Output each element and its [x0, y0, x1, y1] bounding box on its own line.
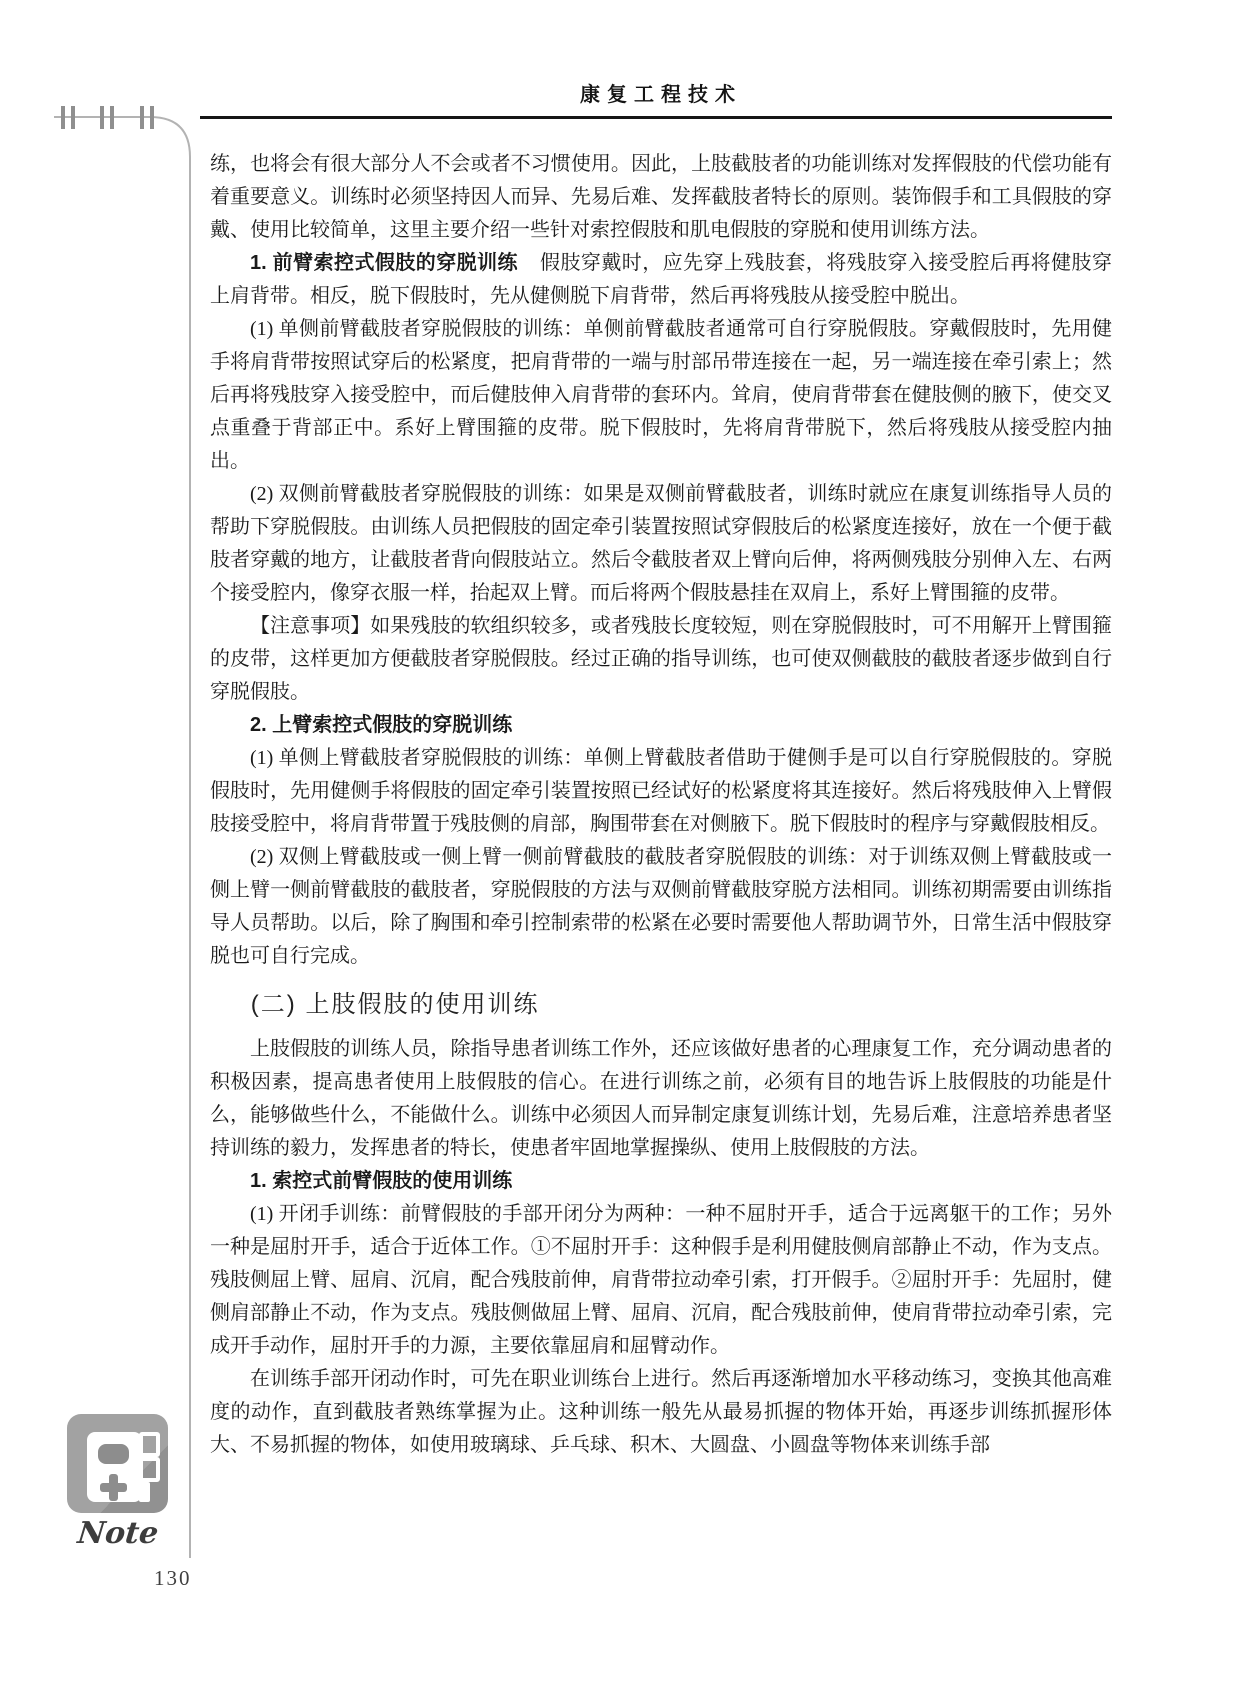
document-page: 康复工程技术 练，也将会有很大部分人不会或者不习惯使用。因此，上肢截肢者的功能训… [0, 0, 1245, 1688]
section-heading-use-training: (二) 上肢假肢的使用训练 [210, 987, 1112, 1023]
header-rule [200, 116, 1112, 119]
note-label: Note [58, 1516, 178, 1551]
paragraph-unilateral-upperarm: (1) 单侧上臂截肢者穿脱假肢的训练：单侧上臂截肢者借助于健侧手是可以自行穿脱假… [210, 742, 1112, 841]
paragraph-bilateral-upperarm: (2) 双侧上臂截肢或一侧上臂一侧前臂截肢的截肢者穿脱假肢的训练：对于训练双侧上… [210, 841, 1112, 973]
paragraph-grasp-practice: 在训练手部开闭动作时，可先在职业训练台上进行。然后再逐渐增加水平移动练习，变换其… [210, 1363, 1112, 1462]
plus-icon [100, 1474, 127, 1501]
body-text: 练，也将会有很大部分人不会或者不习惯使用。因此，上肢截肢者的功能训练对发挥假肢的… [210, 148, 1112, 1462]
notice-tag: 【注意事项】 [250, 615, 370, 637]
notebook-glyph [87, 1432, 142, 1502]
page-number: 130 [154, 1566, 192, 1591]
note-icon [67, 1414, 168, 1513]
paragraph-heading-forearm-donning: 1. 前臂索控式假肢的穿脱训练假肢穿戴时，应先穿上残肢套，将残肢穿入接受腔后再将… [210, 247, 1112, 313]
numbered-heading-upperarm-donning: 2. 上臂索控式假肢的穿脱训练 [210, 709, 1112, 742]
running-head-title: 康复工程技术 [210, 78, 1112, 107]
numbered-heading-forearm-use: 1. 索控式前臂假肢的使用训练 [210, 1165, 1112, 1198]
paragraph-unilateral-forearm: (1) 单侧前臂截肢者穿脱假肢的训练：单侧前臂截肢者通常可自行穿脱假肢。穿戴假肢… [210, 313, 1112, 478]
paragraph-notice: 【注意事项】如果残肢的软组织较多，或者残肢长度较短，则在穿脱假肢时，可不用解开上… [210, 610, 1112, 709]
paragraph-continued: 练，也将会有很大部分人不会或者不习惯使用。因此，上肢截肢者的功能训练对发挥假肢的… [210, 148, 1112, 247]
tick-marks-icon [61, 106, 154, 129]
paragraph-open-close-hand: (1) 开闭手训练：前臂假肢的手部开闭分为两种：一种不屈肘开手，适合于远离躯干的… [210, 1198, 1112, 1363]
paragraph-bilateral-forearm: (2) 双侧前臂截肢者穿脱假肢的训练：如果是双侧前臂截肢者，训练时就应在康复训练… [210, 478, 1112, 610]
paragraph-use-intro: 上肢假肢的训练人员，除指导患者训练工作外，还应该做好患者的心理康复工作，充分调动… [210, 1033, 1112, 1165]
numbered-heading: 1. 前臂索控式假肢的穿脱训练 [250, 252, 518, 274]
